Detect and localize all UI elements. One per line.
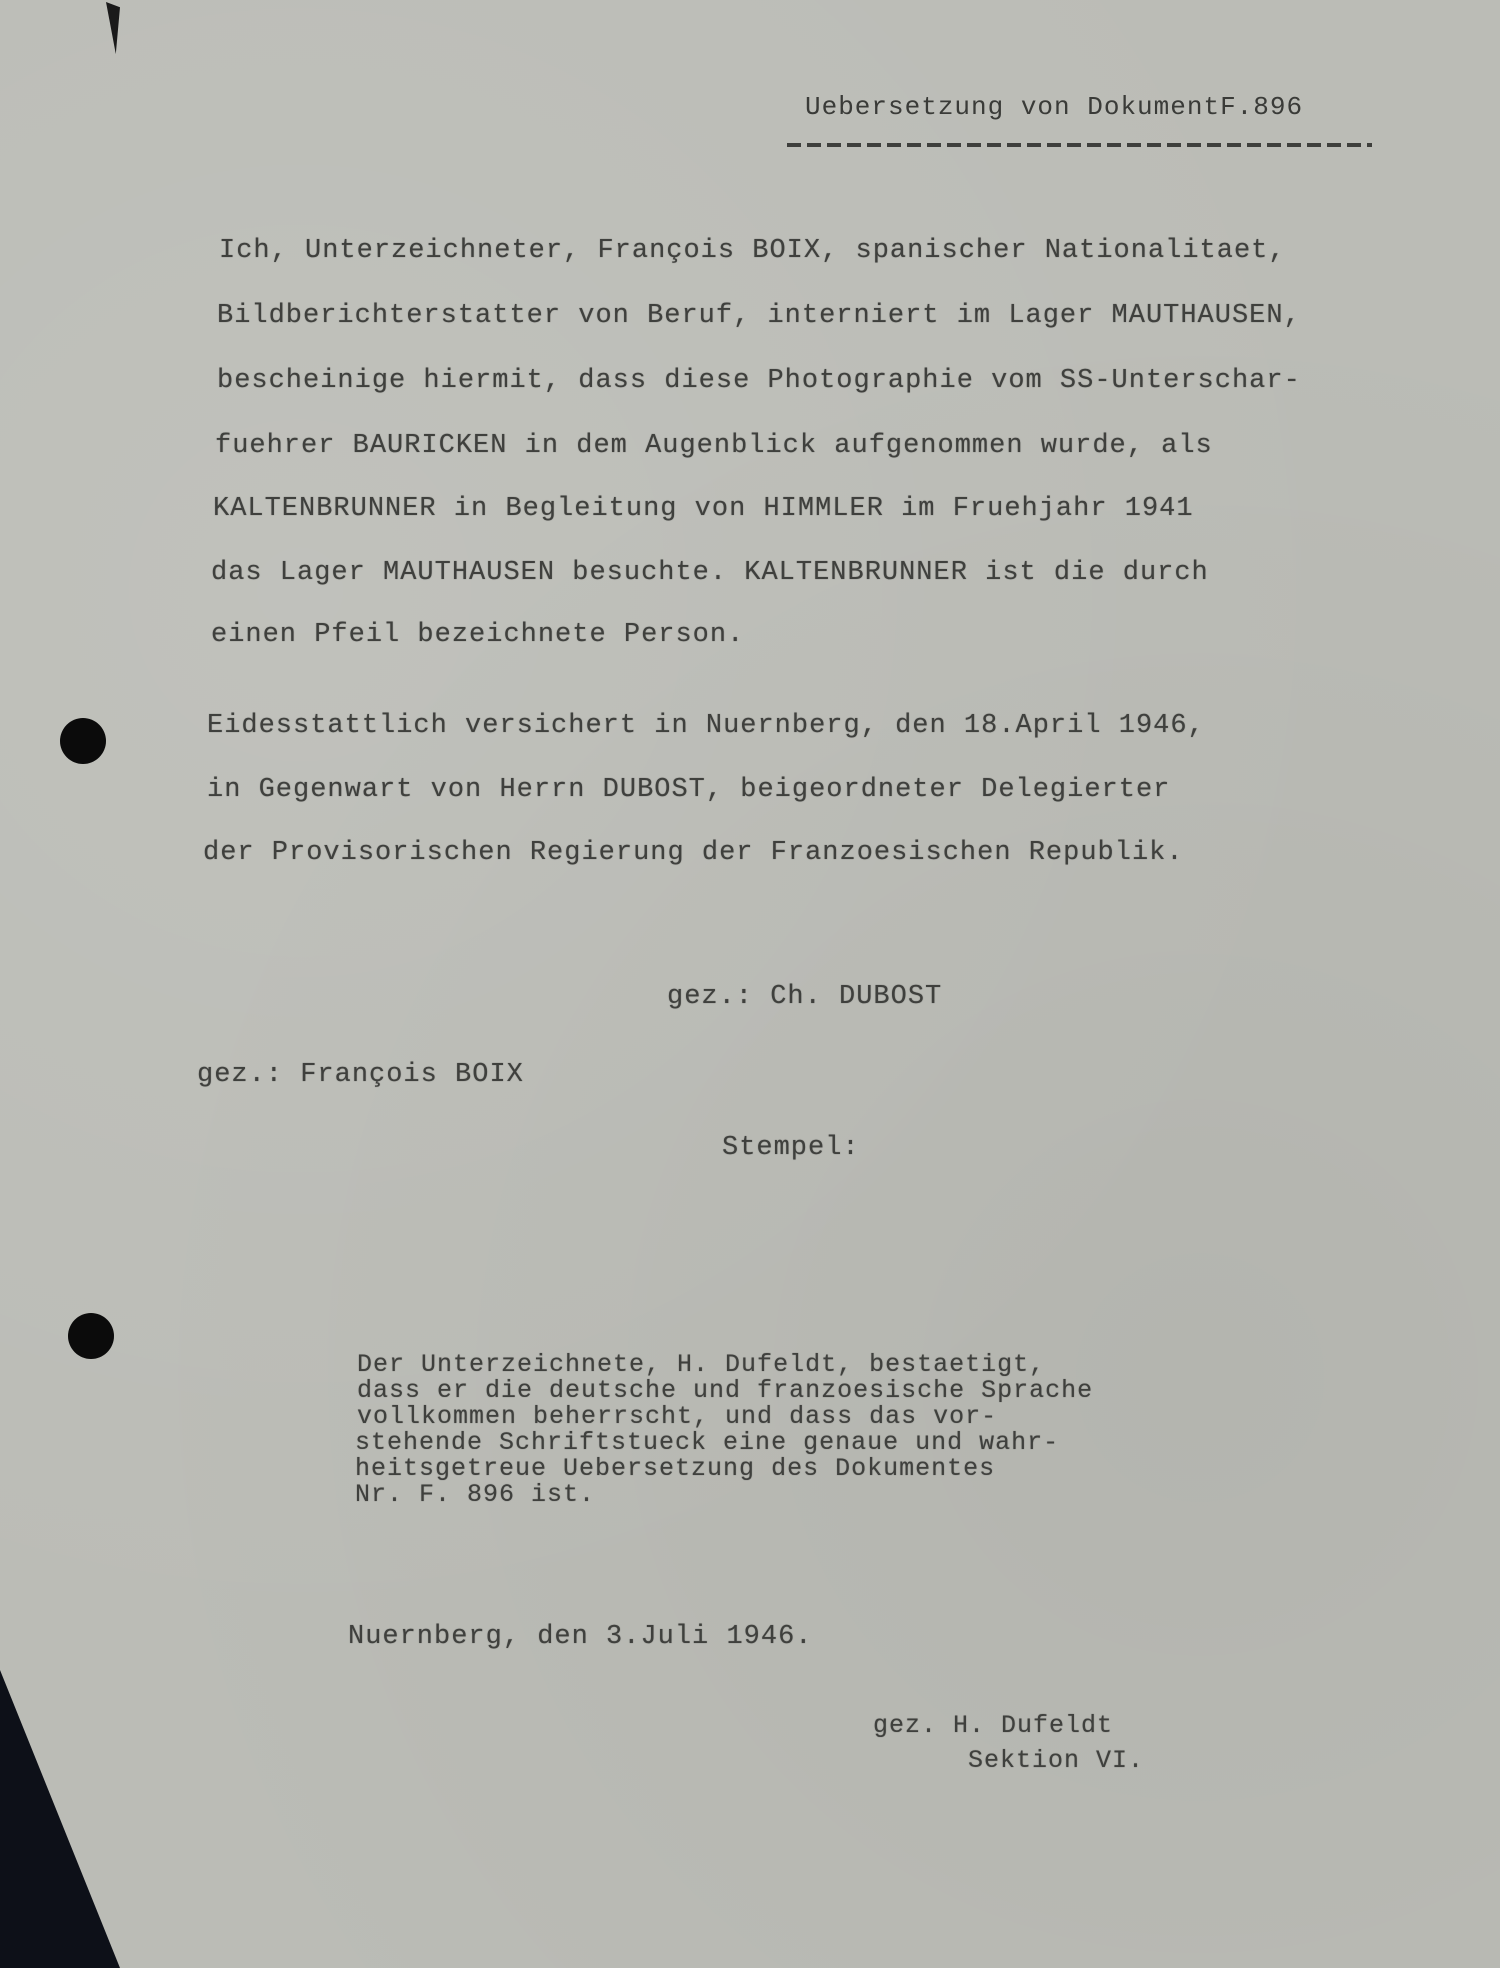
translator-section: Sektion VI.	[968, 1748, 1144, 1773]
body-line: einen Pfeil bezeichnete Person.	[211, 622, 744, 649]
certification-line: stehende Schriftstueck eine genaue und w…	[355, 1430, 1059, 1455]
body-line: Bildberichterstatter von Beruf, internie…	[217, 303, 1301, 330]
ink-mark	[106, 2, 120, 54]
place-date: Nuernberg, den 3.Juli 1946.	[348, 1624, 812, 1651]
signature-dubost: gez.: Ch. DUBOST	[667, 984, 942, 1011]
punch-hole-bottom	[68, 1313, 114, 1359]
body-line: bescheinige hiermit, dass diese Photogra…	[217, 368, 1301, 395]
document-page: Uebersetzung von DokumentF.896 Ich, Unte…	[0, 0, 1500, 1968]
certification-line: heitsgetreue Uebersetzung des Dokumentes	[355, 1456, 995, 1481]
certification-line: dass er die deutsche und franzoesische S…	[357, 1378, 1093, 1403]
translator-signature: gez. H. Dufeldt	[873, 1713, 1113, 1738]
certification-line: vollkommen beherrscht, und dass das vor-	[357, 1404, 997, 1429]
stamp-label: Stempel:	[722, 1135, 860, 1162]
certification-line: Nr. F. 896 ist.	[355, 1482, 595, 1507]
punch-hole-top	[60, 718, 106, 764]
affidavit-line: der Provisorischen Regierung der Franzoe…	[203, 840, 1184, 867]
body-line: das Lager MAUTHAUSEN besuchte. KALTENBRU…	[211, 560, 1209, 587]
body-line: KALTENBRUNNER in Begleitung von HIMMLER …	[213, 496, 1194, 523]
body-line: Ich, Unterzeichneter, François BOIX, spa…	[219, 238, 1286, 265]
affidavit-line: Eidesstattlich versichert in Nuernberg, …	[207, 713, 1205, 740]
background-shadow	[0, 1670, 120, 1968]
body-line: fuehrer BAURICKEN in dem Augenblick aufg…	[215, 433, 1213, 460]
certification-line: Der Unterzeichnete, H. Dufeldt, bestaeti…	[357, 1352, 1045, 1377]
affidavit-line: in Gegenwart von Herrn DUBOST, beigeordn…	[207, 777, 1170, 804]
document-heading: Uebersetzung von DokumentF.896	[805, 92, 1303, 122]
signature-boix: gez.: François BOIX	[197, 1062, 524, 1089]
heading-underline	[787, 143, 1372, 147]
